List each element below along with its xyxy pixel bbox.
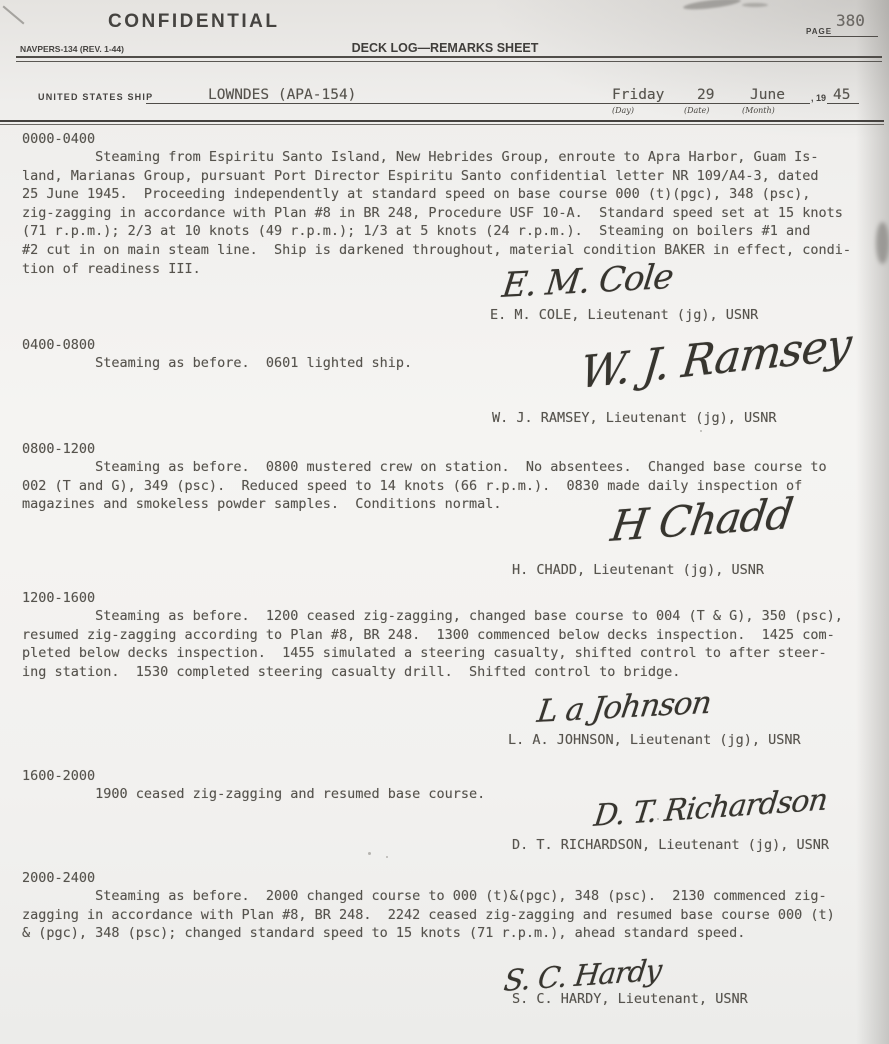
header-rule-top-1 [16, 56, 882, 58]
date-underline [606, 103, 810, 104]
date-number-value: 29 [697, 87, 714, 103]
ship-name: LOWNDES (APA-154) [208, 87, 356, 103]
sheet-title: DECK LOG—REMARKS SHEET [280, 41, 610, 55]
date-month-caption: (Month) [742, 106, 775, 115]
ship-label: UNITED STATES SHIP [38, 92, 153, 102]
header-rule-bottom-2 [0, 124, 884, 125]
entry-text: Steaming as before. 0601 lighted ship. [22, 354, 412, 373]
date-day-caption: (Day) [612, 106, 634, 115]
date-day-value: Friday [612, 87, 664, 103]
scan-edge-smudge [876, 222, 889, 264]
date-month-value: June [750, 87, 785, 103]
signature-typed: H. CHADD, Lieutenant (jg), USNR [512, 561, 764, 580]
entry-period: 0400-0800 [22, 336, 95, 355]
year-value: 45 [833, 87, 850, 103]
classification-stamp: CONFIDENTIAL [108, 11, 279, 33]
page-label: PAGE [806, 27, 832, 36]
year-underline [827, 103, 859, 104]
signature-script: D. T. Richardson [592, 782, 829, 834]
signature-typed: L. A. JOHNSON, Lieutenant (jg), USNR [508, 731, 801, 750]
entry-period: 0000-0400 [22, 130, 95, 149]
page-number: 380 [836, 13, 865, 29]
deck-log-page: { "colors": { "paper": "#f2f1ef", "ink":… [0, 0, 889, 1044]
entry-period: 1200-1600 [22, 589, 95, 608]
scan-edge-shadow [856, 0, 889, 1044]
entry-period: 1600-2000 [22, 767, 95, 786]
signature-typed: S. C. HARDY, Lieutenant, USNR [512, 990, 748, 1009]
entry-text: Steaming as before. 1200 ceased zig-zagg… [22, 607, 843, 681]
signature-script: L a Johnson [535, 685, 713, 730]
page-number-underline [818, 36, 878, 37]
entry-text: 1900 ceased zig-zagging and resumed base… [22, 785, 485, 804]
year-prefix: , 19 [811, 93, 826, 103]
header-rule-bottom-1 [0, 120, 884, 122]
signature-typed: D. T. RICHARDSON, Lieutenant (jg), USNR [512, 836, 829, 855]
corner-pen-mark [3, 6, 25, 25]
date-number-caption: (Date) [684, 106, 709, 115]
entry-text: Steaming as before. 2000 changed course … [22, 887, 835, 943]
signature-typed: W. J. RAMSEY, Lieutenant (jg), USNR [492, 409, 776, 428]
signature-typed: E. M. COLE, Lieutenant (jg), USNR [490, 306, 758, 325]
signature-script: W. J. Ramsey [578, 319, 853, 399]
signature-script: E. M. Cole [500, 257, 675, 306]
entry-text: Steaming from Espiritu Santo Island, New… [22, 148, 851, 278]
entry-period: 0800-1200 [22, 440, 95, 459]
ship-name-underline [146, 103, 608, 104]
entry-period: 2000-2400 [22, 869, 95, 888]
form-number: NAVPERS-134 (REV. 1-44) [20, 44, 124, 54]
header-rule-top-2 [16, 61, 882, 62]
top-right-shading [489, 0, 889, 140]
